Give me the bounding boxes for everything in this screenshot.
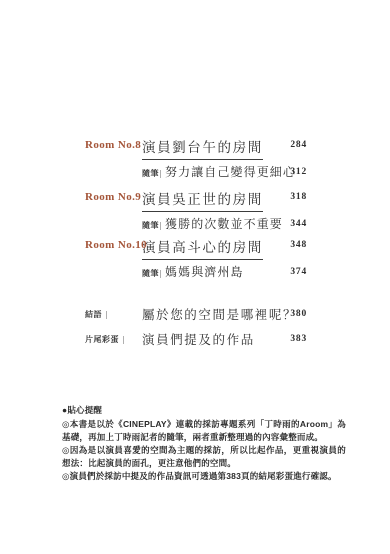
note-item: ◎演員們於採訪中提及的作品資訊可透過第383頁的結尾彩蛋進行確認。 xyxy=(62,470,346,483)
room-title: 演員吳正世的房間 xyxy=(142,188,263,212)
divider-bar: | xyxy=(160,169,162,178)
essay-title: 努力讓自己變得更細心 xyxy=(165,163,296,180)
toc-row-main: Room No.10 演員高斗心的房間 348 xyxy=(85,236,307,258)
page-number: 374 xyxy=(290,267,307,277)
note-item: ◎因為是以演員喜愛的空間為主題的採訪，所以比起作品，更重視演員的想法：比起演員的… xyxy=(62,444,346,470)
page-number: 383 xyxy=(290,334,307,344)
page-number: 284 xyxy=(290,140,307,150)
toc-row-essay: 隨筆| 努力讓自己變得更細心 312 xyxy=(85,163,307,185)
essay-label: 隨筆| xyxy=(142,168,162,179)
essay-label: 隨筆| xyxy=(142,268,162,279)
bonus-label: 片尾彩蛋 | xyxy=(85,334,125,345)
toc-section-room-8: Room No.8 演員劉台午的房間 284 隨筆| 努力讓自己變得更細心 31… xyxy=(85,136,307,185)
reminder-notes: ●貼心提醒 ◎本書是以於《CINEPLAY》連載的採訪專題系列「丁時雨的Aroo… xyxy=(62,404,346,483)
divider-bar: | xyxy=(106,310,108,319)
toc-section-room-10: Room No.10 演員高斗心的房間 348 隨筆| 媽媽與濟州島 374 xyxy=(85,236,307,285)
toc-row-essay: 隨筆| 獲勝的次數並不重要 344 xyxy=(85,215,307,237)
page-number: 348 xyxy=(290,240,307,250)
essay-title: 獲勝的次數並不重要 xyxy=(165,215,283,232)
page-number: 318 xyxy=(290,192,307,202)
divider-bar: | xyxy=(123,335,125,344)
toc-row-main: Room No.9 演員吳正世的房間 318 xyxy=(85,188,307,210)
toc-row-main: Room No.8 演員劉台午的房間 284 xyxy=(85,136,307,158)
room-title: 演員高斗心的房間 xyxy=(142,236,263,260)
divider-bar: | xyxy=(160,269,162,278)
page-number: 312 xyxy=(290,167,307,177)
toc-row-epilogue: 結語 | 屬於您的空間是哪裡呢？ 380 xyxy=(85,305,307,325)
page-number: 344 xyxy=(290,219,307,229)
essay-label: 隨筆| xyxy=(142,220,162,231)
epilogue-label: 結語 | xyxy=(85,309,108,320)
epilogue-title: 屬於您的空間是哪裡呢？ xyxy=(142,305,297,323)
note-item: ◎本書是以於《CINEPLAY》連載的採訪專題系列「丁時雨的Aroom」為基礎，… xyxy=(62,418,346,444)
room-label: Room No.8 xyxy=(85,139,141,151)
notes-heading: ●貼心提醒 xyxy=(62,404,346,417)
bonus-title: 演員們提及的作品 xyxy=(142,330,255,348)
book-toc-page: Room No.8 演員劉台午的房間 284 隨筆| 努力讓自己變得更細心 31… xyxy=(0,0,390,554)
page-number: 380 xyxy=(290,309,307,319)
room-title: 演員劉台午的房間 xyxy=(142,136,263,160)
essay-title: 媽媽與濟州島 xyxy=(165,263,244,280)
toc-section-room-9: Room No.9 演員吳正世的房間 318 隨筆| 獲勝的次數並不重要 344 xyxy=(85,188,307,237)
divider-bar: | xyxy=(160,221,162,230)
toc-row-essay: 隨筆| 媽媽與濟州島 374 xyxy=(85,263,307,285)
room-label: Room No.9 xyxy=(85,191,141,203)
toc-row-bonus: 片尾彩蛋 | 演員們提及的作品 383 xyxy=(85,330,307,350)
room-label: Room No.10 xyxy=(85,239,147,251)
